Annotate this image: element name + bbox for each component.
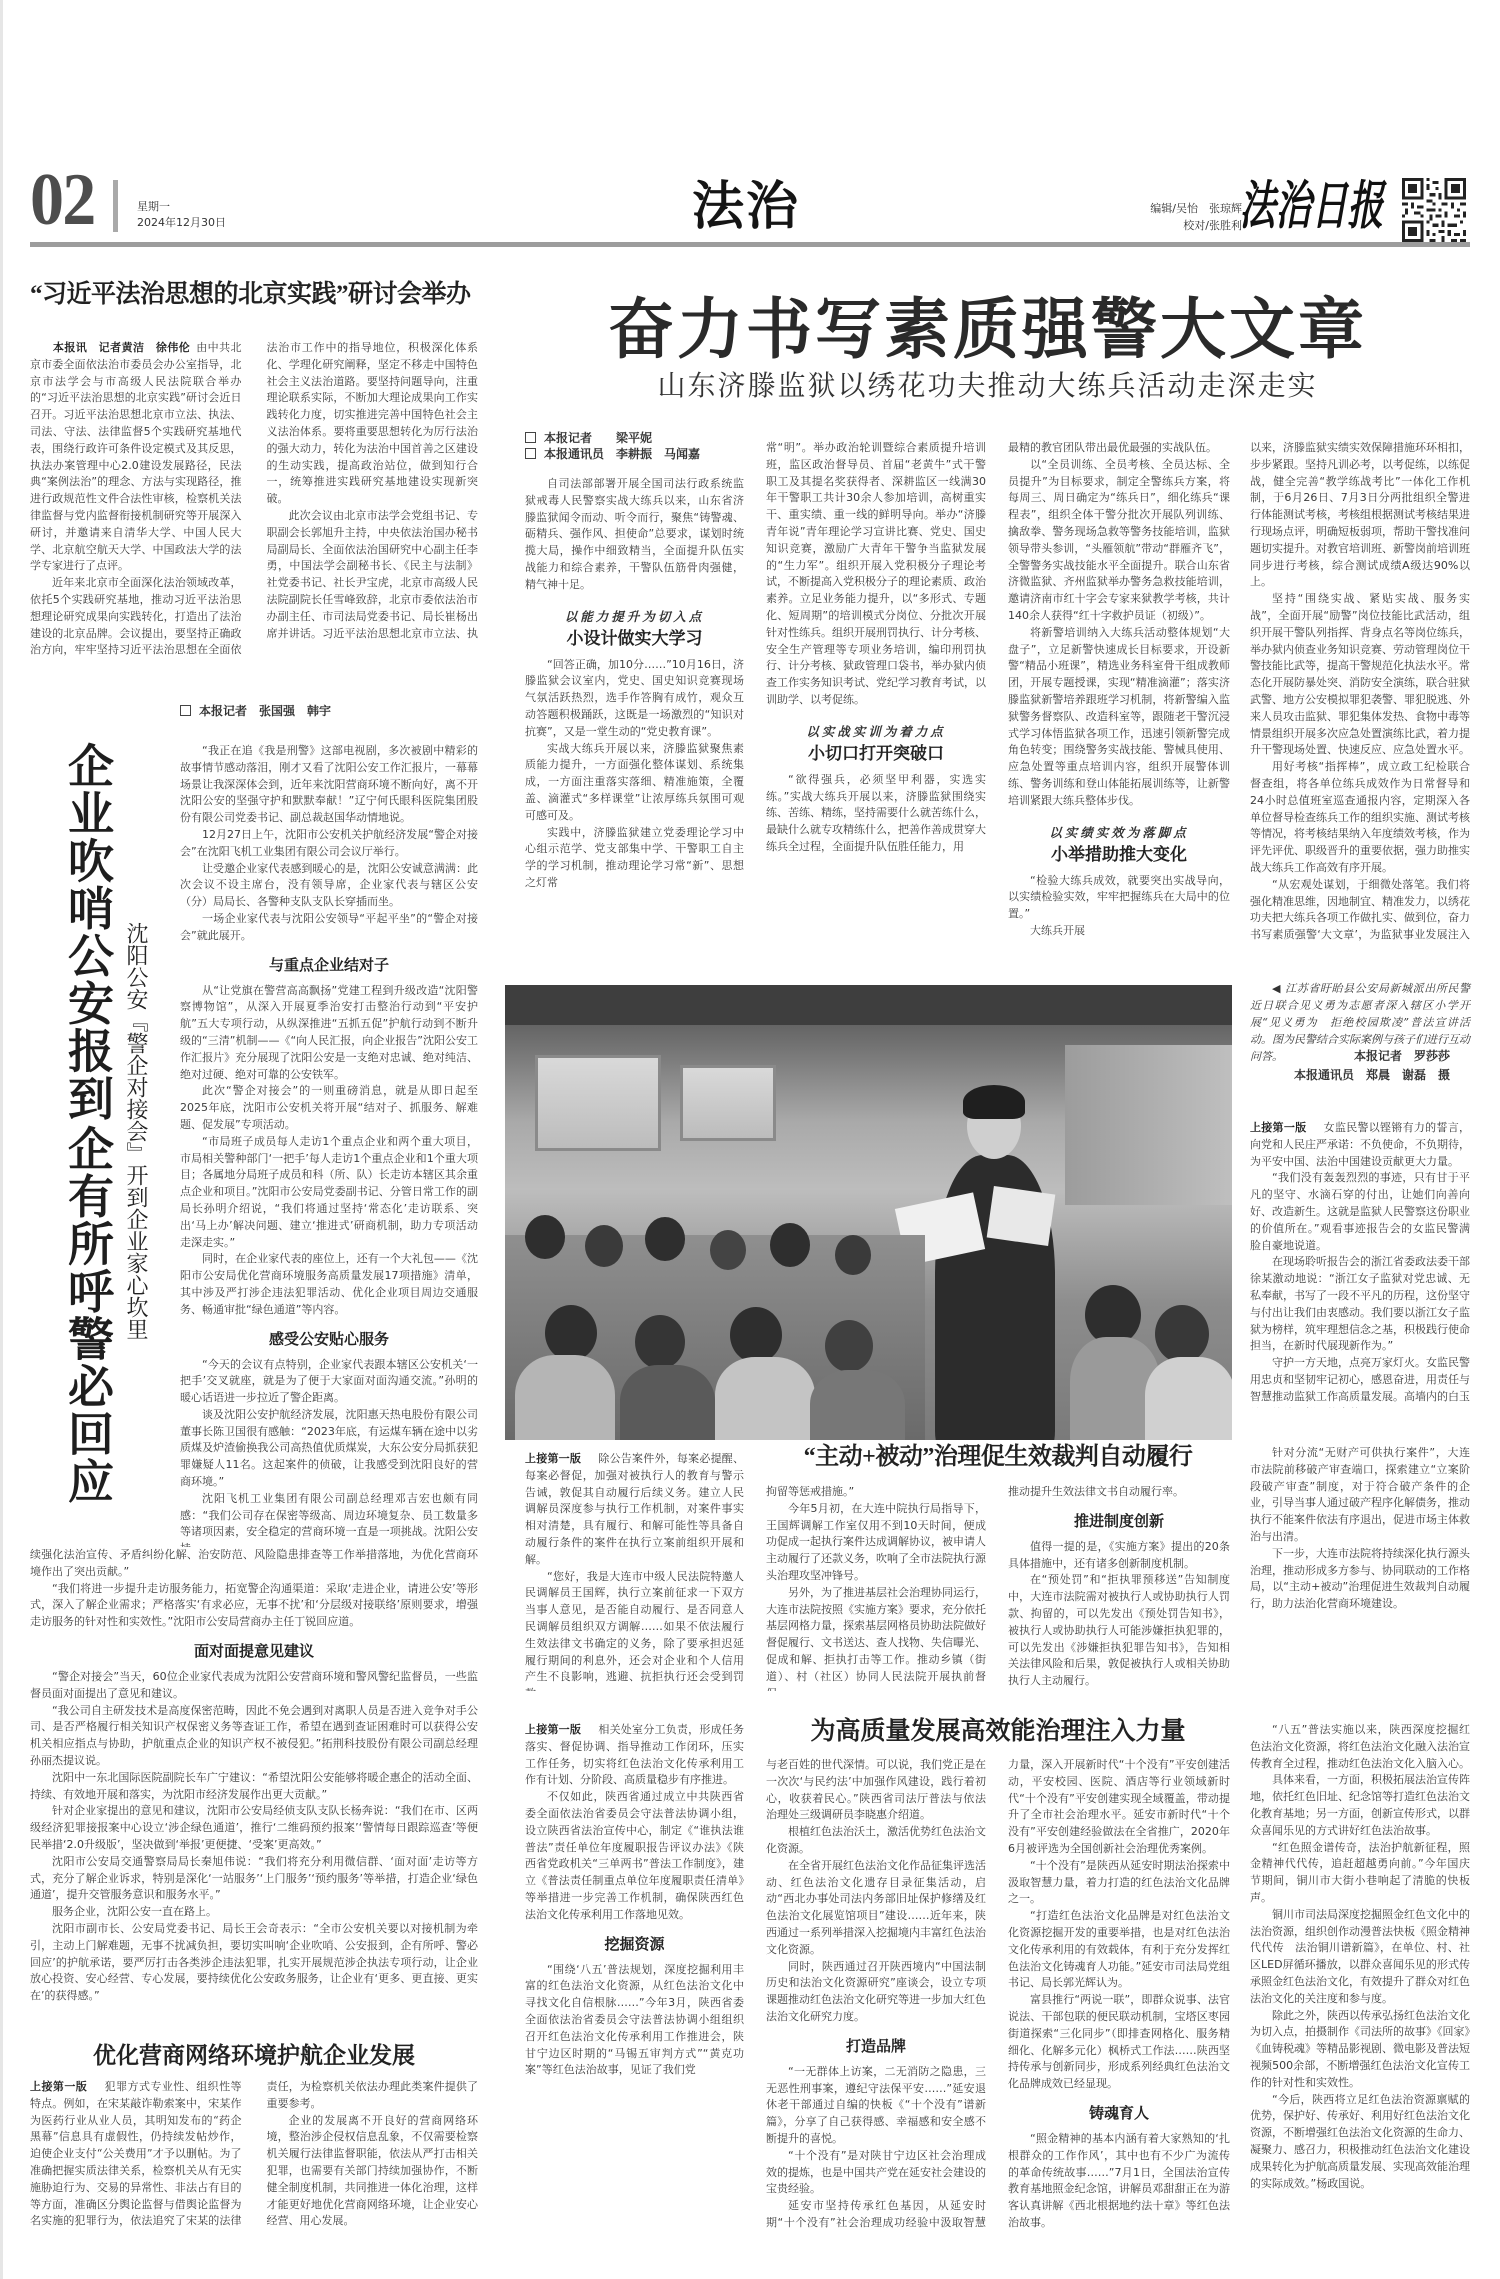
paragraph-continued: 与老百姓的世代深情。可以说，我们党正是在一次次‘与民约法’中加强作风建设，践行着… (766, 1757, 986, 1824)
photo-child-head (710, 1230, 746, 1270)
main-subheadline: 山东济滕监狱以绣花功夫推动大练兵活动走深走实 (505, 372, 1470, 400)
byline-reporter: 本报记者 梁平妮 (525, 430, 652, 446)
header-rule (30, 242, 1470, 247)
paragraph: “从宏观处谋划，于细微处落笔。我们将强化精准思维，因地制宜、精准发力，以绣花功夫… (1250, 877, 1470, 945)
paragraph: 沈阳中一东北国际医院副院长车广宁建议：“希望沈阳公安能够将暖企惠企的活动全面、持… (30, 1770, 478, 1804)
paragraph: 富县推行“两说一联”，即群众说事、法官说法、干部包联的便民联动机制，宝塔区枣园街… (1008, 1992, 1230, 2093)
paragraph: 下一步，大连市法院将持续深化执行源头治理，推动形成多方参与、协同联动的工作格局，… (1250, 1546, 1470, 1613)
byline-text: 本报记者 梁平妮 (544, 431, 652, 445)
byline-correspondent: 本报通讯员 李耕振 马闻嘉 (525, 446, 700, 462)
photo-officer-hair (963, 1085, 1025, 1119)
paragraph: 针对分流“无财产可供执行案件”，大连市法院前移破产审查端口，探索建立“立案阶段破… (1250, 1445, 1470, 1546)
byline: 本报记者 张国强 韩宇 (180, 703, 331, 719)
paragraph: “红色照金谱传奇，法治护航新征程，照金精神代代传，追赶超越勇向前。”今年国庆节期… (1250, 1840, 1470, 1907)
section-title: 法治 (692, 182, 800, 234)
paragraph: 在现场聆听报告会的浙江省委政法委干部徐某激动地说：“浙江女子监狱对党忠诚、无私奉… (1250, 1254, 1470, 1355)
paragraph: “市局班子成员每人走访1个重点企业和两个重大项目，市局相关警种部门‘一把手’每人… (180, 1134, 478, 1252)
news-photo (505, 985, 1232, 1440)
lead-paragraph: 本报讯 记者黄洁 徐伟伦由中共北京市委全面依法治市委员会办公室指导，北京市法学会… (30, 340, 242, 575)
newspaper-logo: 法治日报 (1238, 180, 1391, 232)
paragraph: 以“全员训练、全员考核、全员达标、全员提升”为目标要求，制定全警练兵方案，将每周… (1008, 457, 1230, 625)
paragraph: “我公司自主研发技术是高度保密范畴，因此不免会遇到对离职人员是否进入竞争对手公司… (30, 1703, 478, 1770)
paragraph: 实践中，济滕监狱建立党委理论学习中心组示范学、党支部集中学、干警职工自主学的学习… (525, 825, 744, 892)
article-body: 上接第一版 犯罪方式专业性、组织性等特点。例如，在宋某敲诈勒索案中，宋某作为医药… (30, 2079, 478, 2231)
paragraph: 沈阳市公安局交通警察局局长秦旭伟说：“我们将充分利用微信群、‘面对面’走访等方式… (30, 1854, 478, 1904)
lead-label: 上接第一版 (525, 1723, 581, 1736)
paragraph: 自司法部部署开展全国司法行政系统监狱戒毒人民警察实战大练兵以来，山东省济滕监狱闻… (525, 476, 744, 594)
paragraph: 除此之外，陕西以传承弘扬红色法治文化为切入点，拍摄制作《司法所的故事》《回家》《… (1250, 2008, 1470, 2092)
photo-ceiling (505, 985, 1232, 1025)
article-body-narrow: “我正在追《我是刑警》这部电视剧，多次被剧中精彩的故事情节感动落泪，刚才又看了沈… (180, 743, 478, 1547)
subheading-title: 小举措助推大变化 (1008, 843, 1230, 867)
lead-label: 本报讯 记者黄洁 徐伟伦 (30, 341, 190, 354)
byline-text: 本报通讯员 李耕振 马闻嘉 (544, 447, 700, 461)
paragraph: 值得一提的是，《实施方案》提出的20条具体措施中，还有诸多创新制度机制。 (1008, 1539, 1230, 1573)
paragraph: “警企对接会”当天，60位企业家代表成为沈阳公安营商环境和警风警纪监督员，一些监… (30, 1669, 478, 1703)
photo-child-head (525, 1215, 565, 1259)
paragraph: 用好考核“指挥棒”，成立政工纪检联合督查组，将各单位练兵成效作为日常督导和24小… (1250, 759, 1470, 877)
article-column-1: 上接第一版 相关处室分工负责，形成任务落实、督促协调、指导推动工作闭环，压实工作… (525, 1722, 744, 2232)
article-column-3: 力量，深入开展新时代“十个没有”平安创建活动，平安校园、医院、酒店等行业领域新时… (1008, 1757, 1230, 2232)
header-divider (113, 180, 118, 232)
paragraph: 大练兵开展 (1008, 923, 1230, 940)
article-column-2: 与老百姓的世代深情。可以说，我们党正是在一次次‘与民约法’中加强作风建设，践行着… (766, 1757, 986, 2232)
article-headline: “主动+被动”治理促生效裁判自动履行 (766, 1445, 1230, 1469)
paragraph: 坚持“围绕实战、紧贴实战、服务实战”，全面开展“励警”岗位技能比武活动，组织开展… (1250, 591, 1470, 759)
subheading-kicker: 以能力提升为切入点 (525, 608, 744, 626)
paragraph: “我正在追《我是刑警》这部电视剧，多次被剧中精彩的故事情节感动落泪，刚才又看了沈… (180, 743, 478, 827)
paragraph: 另外，为了推进基层社会治理协同运行，大连市法院按照《实施方案》要求，充分依托基层… (766, 1585, 986, 1691)
subheading: 打造品牌 (766, 2035, 986, 2057)
subheading-kicker: 以实绩实效为落脚点 (1008, 824, 1230, 842)
photo-child-head (545, 1305, 597, 1361)
paragraph: 服务企业，沈阳公安一直在路上。 (30, 1904, 478, 1921)
subheading: 挖掘资源 (525, 1933, 744, 1955)
photo-paper-sheet (987, 1186, 1056, 1246)
paragraph: 具体来看，一方面，积极拓展法治宣传阵地，依托红色旧址、纪念馆等打造红色法治文化教… (1250, 1772, 1470, 1839)
paragraph: 根植红色法治沃土，激活优势红色法治文化资源。 (766, 1824, 986, 1858)
article-headline: 为高质量发展高效能治理注入力量 (766, 1719, 1230, 1744)
lead-label: 上接第一版 (1250, 1121, 1306, 1134)
paragraph: 将新警培训纳入大练兵活动整体规划“大盘子”，立足新警快速成长目标要求，开设新警“… (1008, 625, 1230, 810)
photo-child-head (770, 1223, 810, 1267)
paragraph: 延安市坚持传承红色基因，从延安时期“十个没有”社会治理成功经验中汲取智慧和 (766, 2198, 986, 2232)
paragraph: 在“预处罚”和“拒执罪预移送”告知制度中，大连市法院需对被执行人或协助执行人罚款… (1008, 1572, 1230, 1690)
page-edge (0, 0, 3, 2279)
paragraph: 一场企业家代表与沈阳公安领导“平起平坐”的“警企对接会”就此展开。 (180, 911, 478, 945)
paragraph: 沈阳市副市长、公安局党委书记、局长王会奇表示：“全市公安机关要以对接机制为牵引，… (30, 1921, 478, 2005)
article-headline: “习近平法治思想的北京实践”研讨会举办 (30, 282, 480, 307)
paragraph-continued: 以来，济滕监狱实绩实效保障措施环环相扣，步步紧跟。坚持凡训必考，以考促练，以练促… (1250, 440, 1470, 591)
paragraph-continued: 常“明”。举办政治轮训暨综合素质提升培训班，监区政治督导员、首届“老黄牛”式干警… (766, 440, 986, 709)
paragraph: “我们将进一步提升走访服务能力，拓宽警企沟通渠道：采取‘走进企业，请进公安’等形… (30, 1581, 478, 1631)
article-column-2: 拘留等惩戒措施。”今年5月初，在大连中院执行局指导下，王国辉调解工作室仅用不到1… (766, 1484, 986, 1691)
paragraph-continued: 拘留等惩戒措施。” (766, 1484, 986, 1501)
page-number: 02 (30, 163, 94, 237)
lead-label: 上接第一版 (30, 2080, 87, 2093)
photo-window (680, 1065, 776, 1141)
photo-child-body (1145, 1357, 1232, 1440)
byline-box-icon (525, 448, 536, 459)
weekday: 星期一 (137, 200, 170, 214)
paragraph: “照金精神的基本内涵有着大家熟知的‘扎根群众的工作作风’，其中也有不少广为流传的… (1008, 2131, 1230, 2232)
paragraph: 12月27日上午，沈阳市公安机关护航经济发展“警企对接会”在沈阳飞机工业集团有限… (180, 827, 478, 861)
photo-child-head (635, 1315, 685, 1369)
paragraph: “打造红色法治文化品牌是对红色法治文化资源挖掘开发的重要举措，也是对红色法治文化… (1008, 1908, 1230, 1992)
paragraph: “我们没有轰轰烈烈的事迹，只有甘于平凡的坚守、水滴石穿的付出，让她们向善向好、改… (1250, 1170, 1470, 1254)
byline-box-icon (180, 705, 191, 716)
triangle-left-icon: ◀ (1272, 982, 1285, 995)
paragraph: 企业的发展离不开良好的营商网络环境，整治涉企侵权信息乱象，不仅需要检察机关履行法… (267, 2113, 479, 2231)
paragraph: “一无群体上访案，二无消防之隐患，三无恶性刑事案，遵纪守法保平安……”延安退休老… (766, 2064, 986, 2148)
subheading-title: 小切口打开突破口 (766, 742, 986, 766)
article-column-4: 以来，济滕监狱实绩实效保障措施环环相扣，步步紧跟。坚持凡训必考，以考促练，以练促… (1250, 440, 1470, 945)
paragraph-continued: 推动提升生效法律文书自动履行率。 (1008, 1484, 1230, 1501)
lead-paragraph: 上接第一版 女监民警以铿锵有力的誓言，向党和人民庄严承诺：不负使命，不负期待，为… (1250, 1120, 1470, 1170)
paragraph: 沈阳飞机工业集团有限公司副总经理邓吉宏也颇有同感：“我们公司存在保密等级高、周边… (180, 1491, 478, 1547)
paragraph: 谈及沈阳公安护航经济发展，沈阳惠天热电股份有限公司董事长陈卫国很有感触：“202… (180, 1407, 478, 1491)
photo-child-body (515, 1355, 615, 1440)
main-headline: 奋力书写素质强警大文章 (505, 296, 1470, 362)
paragraph: 同时，陕西通过召开陕西境内“中国法制历史和法治文化资源研究”座谈会，设立专项课题… (766, 1959, 986, 2026)
article-women-prison: 上接第一版 女监民警以铿锵有力的誓言，向党和人民庄严承诺：不负使命，不负期待，为… (1250, 1120, 1470, 1408)
paragraph: 实战大练兵开展以来，济滕监狱聚焦素质能力提升，一方面强化整体谋划、系统集成，一方… (525, 741, 744, 825)
paragraph: 不仅如此，陕西省通过成立中共陕西省委全面依法治省委员会守法普法协调小组，设立陕西… (525, 1789, 744, 1923)
paragraph: “八五”普法实施以来，陕西深度挖掘红色法治文化资源，将红色法治文化融入法治宣传教… (1250, 1722, 1470, 1772)
article-column-4: “八五”普法实施以来，陕西深度挖掘红色法治文化资源，将红色法治文化融入法治宣传教… (1250, 1722, 1470, 2232)
byline-box-icon (525, 432, 536, 443)
paragraph: “围绕‘八五’普法规划，深度挖掘利用丰富的红色法治文化资源，从红色法治文化中寻找… (525, 1962, 744, 2080)
photo-child-head (730, 1307, 782, 1363)
proofreader-credit: 校对/张胜利 (1090, 219, 1242, 233)
subheading: 感受公安贴心服务 (180, 1328, 478, 1350)
photo-wall (1065, 1045, 1232, 1205)
article-body-wide: 续强化法治宣传、矛盾纠纷化解、治安防范、风险隐患排查等工作举措落地，为优化营商环… (30, 1547, 478, 2017)
subheading: 推进制度创新 (1008, 1510, 1230, 1532)
paragraph: 铜川市司法局深度挖掘照金红色文化中的法治资源，组织创作动漫普法快板《照金精神代代… (1250, 1907, 1470, 2008)
subheading: 与重点企业结对子 (180, 954, 478, 976)
subheading: 铸魂育人 (1008, 2102, 1230, 2124)
photo-child-head (1085, 1285, 1141, 1345)
paragraph: 从“让党旗在警营高高飘扬”党建工程到升级改造“沈阳警察博物馆”，从深入开展夏季治… (180, 983, 478, 1084)
byline-text: 本报记者 张国强 韩宇 (199, 704, 331, 718)
vertical-headline-part1: 企业吹哨公安报到 (62, 742, 112, 1122)
vertical-subtitle: 沈阳公安『警企对接会』开到企业家心坎里 (123, 922, 149, 1340)
lead-paragraph: 上接第一版 除公告案件外，每案必提醒、每案必督促，加强对被执行人的教育与警示告诫… (525, 1451, 744, 1569)
paragraph: 同时，在企业家代表的座位上，还有一个大礼包——《沈阳市公安局优化营商环境服务高质… (180, 1251, 478, 1318)
article-column-3: 推动提升生效法律文书自动履行率。推进制度创新值得一提的是，《实施方案》提出的20… (1008, 1484, 1230, 1691)
photo-child-body (810, 1370, 905, 1440)
vertical-headline-part2: 企有所呼警必回应 (62, 1125, 112, 1505)
paragraph: “十个没有”是陕西从延安时期法治探索中汲取智慧力量，着力打造的红色法治文化品牌之… (1008, 1858, 1230, 1908)
photo-child-head (835, 1235, 871, 1275)
paragraph: “十个没有”是对陕甘宁边区社会治理成效的提炼，也是中国共产党在延安社会建设的宝贵… (766, 2148, 986, 2198)
article-column-3: 最精的教官团队带出最优最强的实战队伍。以“全员训练、全员考核、全员达标、全员提升… (1008, 440, 1230, 968)
photo-window (535, 1055, 661, 1151)
paragraph-continued: 续强化法治宣传、矛盾纠纷化解、治安防范、风险隐患排查等工作举措落地，为优化营商环… (30, 1547, 478, 1581)
editor-credit: 编辑/吴怡 张琼辉 (1090, 202, 1242, 216)
issue-date: 2024年12月30日 (137, 216, 226, 230)
subheading-kicker: 以实战实训为着力点 (766, 723, 986, 741)
photo-child-body (620, 1365, 715, 1440)
paragraph: “您好，我是大连市中级人民法院特邀人民调解员王国辉，执行立案前征求一下双方当事人… (525, 1569, 744, 1691)
article-column-2: 常“明”。举办政治轮训暨综合素质提升培训班，监区政治督导员、首届“老黄牛”式干警… (766, 440, 986, 978)
paragraph-continued: 最精的教官团队带出最优最强的实战队伍。 (1008, 440, 1230, 457)
paragraph-continued: 力量，深入开展新时代“十个没有”平安创建活动，平安校园、医院、酒店等行业领域新时… (1008, 1757, 1230, 1858)
paragraph: 此次“警企对接会”的一则重磅消息，就是从即日起至2025年底，沈阳市公安机关将开… (180, 1083, 478, 1133)
paragraph: “检验大练兵成效，就要突出实战导向，以实绩检验实效，牢牢把握练兵在大局中的位置。… (1008, 873, 1230, 923)
paragraph: 让受邀企业家代表感到暖心的是，沈阳公安诚意满满：此次会议不设主席台，没有领导席，… (180, 861, 478, 911)
subheading: 面对面提意见建议 (30, 1640, 478, 1662)
photo-credit-reporter: 本报记者 罗莎莎 (1250, 1047, 1450, 1066)
paragraph: “今天的会议有点特别，企业家代表跟本辖区公安机关‘一把手’交叉就座，就是为了便于… (180, 1357, 478, 1407)
lead-label: 上接第一版 (525, 1452, 581, 1465)
article-column-4: 针对分流“无财产可供执行案件”，大连市法院前移破产审查端口，探索建立“立案阶段破… (1250, 1445, 1470, 1691)
photo-credit-correspondent: 本报通讯员 郑晨 谢磊 摄 (1250, 1066, 1450, 1085)
qr-code-icon (1402, 178, 1466, 242)
paragraph: 今年5月初，在大连中院执行局指导下，王国辉调解工作室仅用不到10天时间，便成功促… (766, 1501, 986, 1585)
paragraph: “回答正确，加10分……”10月16日，济滕监狱会议室内，党史、国史知识竞赛现场… (525, 657, 744, 741)
lead-paragraph: 上接第一版 相关处室分工负责，形成任务落实、督促协调、指导推动工作闭环，压实工作… (525, 1722, 744, 1789)
paragraph: “欲得强兵，必须坚甲利器，实选实练。”实战大练兵开展以来，济滕监狱围绕实练、苦练… (766, 772, 986, 856)
photo-child-head (825, 1320, 873, 1372)
photo-child-body (715, 1357, 815, 1440)
article-headline: 优化营商网络环境护航企业发展 (30, 2044, 478, 2067)
paragraph: 守护一方天地，点亮万家灯火。女监民警用忠贞和坚韧牢记初心，感恩奋进，用责任与智慧… (1250, 1355, 1470, 1408)
photo-child-head (1155, 1305, 1209, 1363)
article-body: 本报讯 记者黄洁 徐伟伦由中共北京市委全面依法治市委员会办公室指导，北京市法学会… (30, 340, 478, 662)
paragraph: “今后，陕西将立足红色法治资源禀赋的优势，保护好、传承好、利用好红色法治文化资源… (1250, 2092, 1470, 2193)
subheading-title: 小设计做实大学习 (525, 627, 744, 651)
paragraph: 在全省开展红色法治文化作品征集评选活动、红色法治文化遗存目录征集活动，启动“西北… (766, 1858, 986, 1959)
paragraph: 针对企业家提出的意见和建议，沈阳市公安局经侦支队支队长杨奔说：“我们在市、区两级… (30, 1803, 478, 1853)
photo-child-head (585, 1225, 623, 1267)
article-column-1: 上接第一版 除公告案件外，每案必提醒、每案必督促，加强对被执行人的教育与警示告诫… (525, 1451, 744, 1691)
photo-child-head (645, 1217, 685, 1261)
article-column-1: 自司法部部署开展全国司法行政系统监狱戒毒人民警察实战大练兵以来，山东省济滕监狱闻… (525, 476, 744, 978)
